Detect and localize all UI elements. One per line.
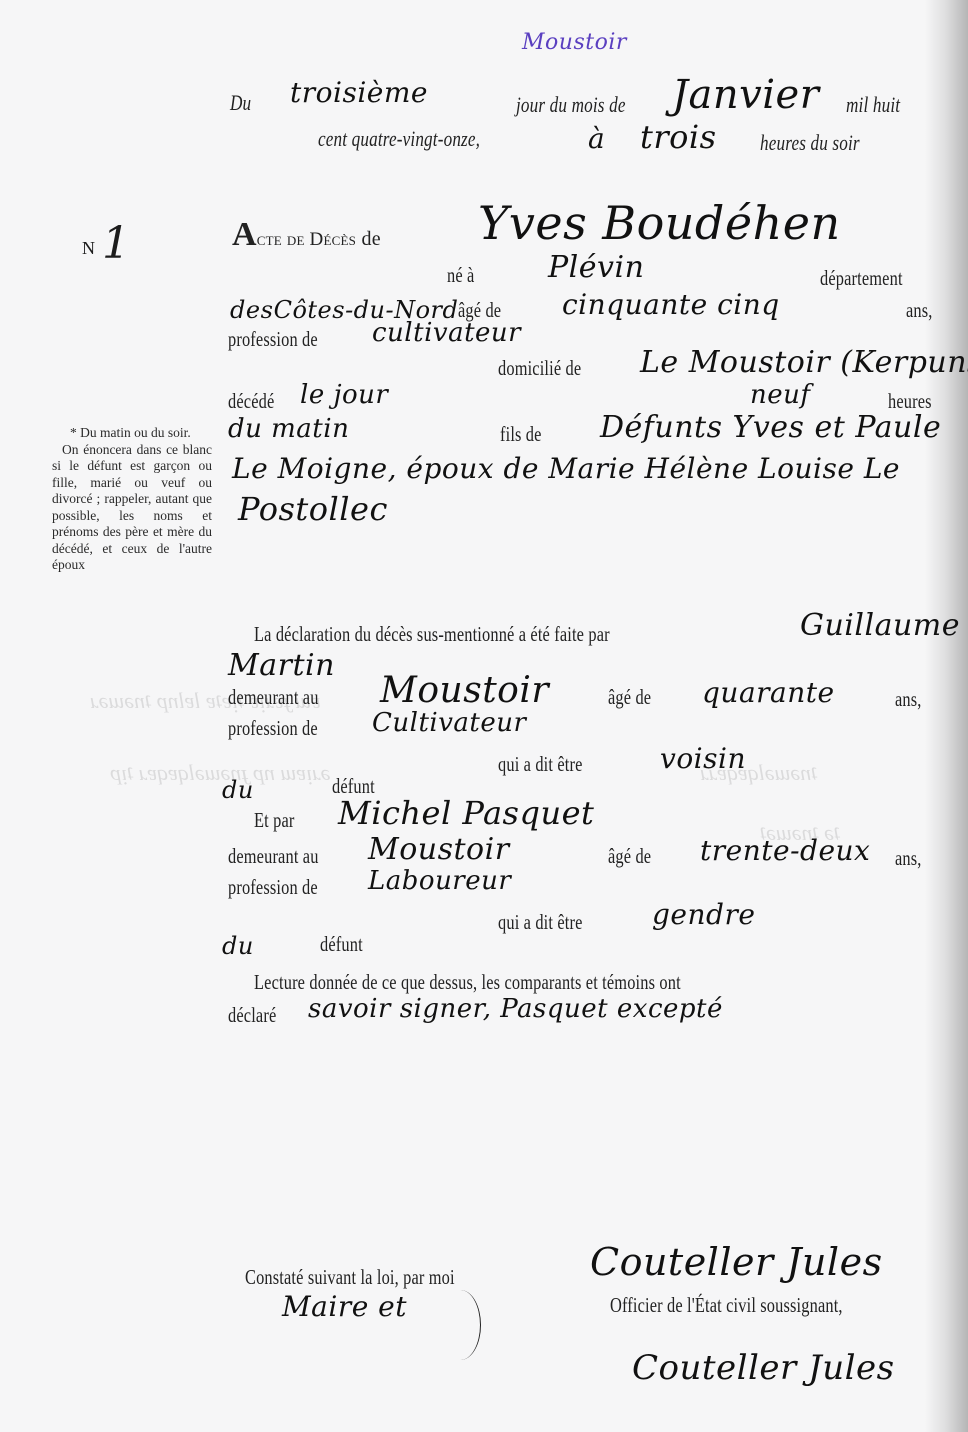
department-label: département: [820, 266, 903, 291]
flourish-stroke: [440, 1290, 481, 1360]
record-number-label: N: [82, 238, 95, 259]
declarant1-last-name: Martin: [228, 648, 335, 683]
department-prefix: des: [230, 296, 273, 324]
domicile-label: domicilié de: [498, 356, 581, 381]
declarant1-age-label: âgé de: [608, 685, 651, 710]
declarant2-profession-label: profession de: [228, 875, 318, 900]
date-at: à: [588, 122, 605, 155]
declarant2-residence: Moustoir: [368, 832, 510, 867]
document-title: Acte de Décès de: [232, 216, 381, 254]
date-hour: trois: [640, 118, 717, 156]
declarant1-profession-label: profession de: [228, 716, 318, 741]
date-day: troisième: [290, 76, 428, 109]
title-rest: cte de Décès: [257, 229, 356, 250]
register-annotation: Moustoir: [522, 30, 627, 55]
declarant2-age: trente-deux: [700, 834, 870, 867]
date-prefix: Du: [230, 90, 251, 116]
profession-label: profession de: [228, 327, 318, 352]
years-label: ans,: [906, 298, 933, 323]
margin-note-1: * Du matin ou du soir.: [52, 425, 212, 442]
parents-value: Défunts Yves et Paule: [600, 410, 941, 445]
declarant2-name: Michel Pasquet: [338, 794, 594, 832]
death-hour: neuf: [750, 380, 811, 410]
declarant1-profession: Cultivateur: [372, 708, 526, 738]
bleed-through-text: ǝɹᴉɐɯ np ɟnǝɯǝlqɐqɐɹ ʇᴉp: [110, 760, 330, 786]
deceased-name: Yves Boudéhen: [478, 196, 841, 250]
deceased-age: cinquante cinq: [562, 288, 780, 321]
officer-title: Maire et: [282, 1290, 407, 1323]
death-when: le jour: [300, 380, 388, 410]
declarant2-age-label: âgé de: [608, 844, 651, 869]
date-year: cent quatre-vingt-onze,: [318, 126, 480, 152]
scanned-page: ɐɯ ɟɐɹᴉɐ ʇᴉɐʇɐ lɐlnp ʇnǝɯǝɹ ǝɹᴉɐɯ np ɟnǝ…: [0, 0, 968, 1432]
officer-name: Couteller Jules: [590, 1240, 883, 1284]
declarant2-residence-label: demeurant au: [228, 844, 319, 869]
officer-label: Officier de l'État civil soussignant,: [610, 1293, 843, 1318]
birth-label: né à: [447, 263, 474, 288]
declarant1-years-label: ans,: [895, 687, 922, 712]
parents-cont: Le Moigne, époux de Marie Hélène Louise …: [232, 452, 900, 485]
declaration-intro: La déclaration du décès sus-mentionné a …: [254, 622, 610, 647]
parents-label: fils de: [500, 422, 542, 447]
declarant1-age: quarante: [702, 676, 835, 709]
declarant1-first-name: Guillaume: [800, 608, 960, 643]
declarant2-du: du: [222, 932, 254, 960]
date-month: Janvier: [672, 72, 819, 118]
birth-place: Plévin: [548, 250, 644, 285]
declarant2-years-label: ans,: [895, 846, 922, 871]
declarant2-defunt: défunt: [320, 932, 363, 957]
reading-line2-label: déclaré: [228, 1003, 276, 1028]
date-suffix: mil huit: [846, 92, 900, 118]
declarant1-residence: Moustoir: [380, 670, 549, 711]
certification-label: Constaté suivant la loi, par moi: [245, 1265, 455, 1290]
officer-signature: Couteller Jules: [632, 1348, 895, 1388]
death-period: du matin: [228, 414, 349, 444]
declarant2-relation-label: qui a dit être: [498, 910, 583, 935]
reading-line2-value: savoir signer, Pasquet excepté: [308, 994, 723, 1024]
reading-line1: Lecture donnée de ce que dessus, les com…: [254, 970, 681, 995]
profession-value: cultivateur: [372, 318, 521, 348]
declarant1-relation: voisin: [660, 742, 746, 775]
declarant2-intro: Et par: [254, 808, 295, 833]
record-number: 1: [102, 218, 130, 269]
date-hour-suffix: heures du soir: [760, 130, 860, 156]
title-de: de: [362, 228, 381, 250]
death-label: décédé: [228, 389, 274, 414]
title-initial: A: [232, 216, 257, 253]
margin-note-2: On énoncera dans ce blanc si le défunt e…: [52, 442, 212, 574]
margin-instructions: * Du matin ou du soir. On énoncera dans …: [52, 425, 212, 574]
declarant1-relation-label: qui a dit être: [498, 752, 583, 777]
domicile-value: Le Moustoir (Kerpuns): [640, 345, 968, 380]
declarant1-residence-label: demeurant au: [228, 685, 319, 710]
declarant2-profession: Laboureur: [368, 866, 511, 896]
declarant1-du: du: [222, 776, 254, 804]
date-mid: jour du mois de: [516, 92, 626, 118]
declarant2-relation: gendre: [652, 898, 755, 931]
spouse-surname: Postollec: [238, 490, 388, 528]
